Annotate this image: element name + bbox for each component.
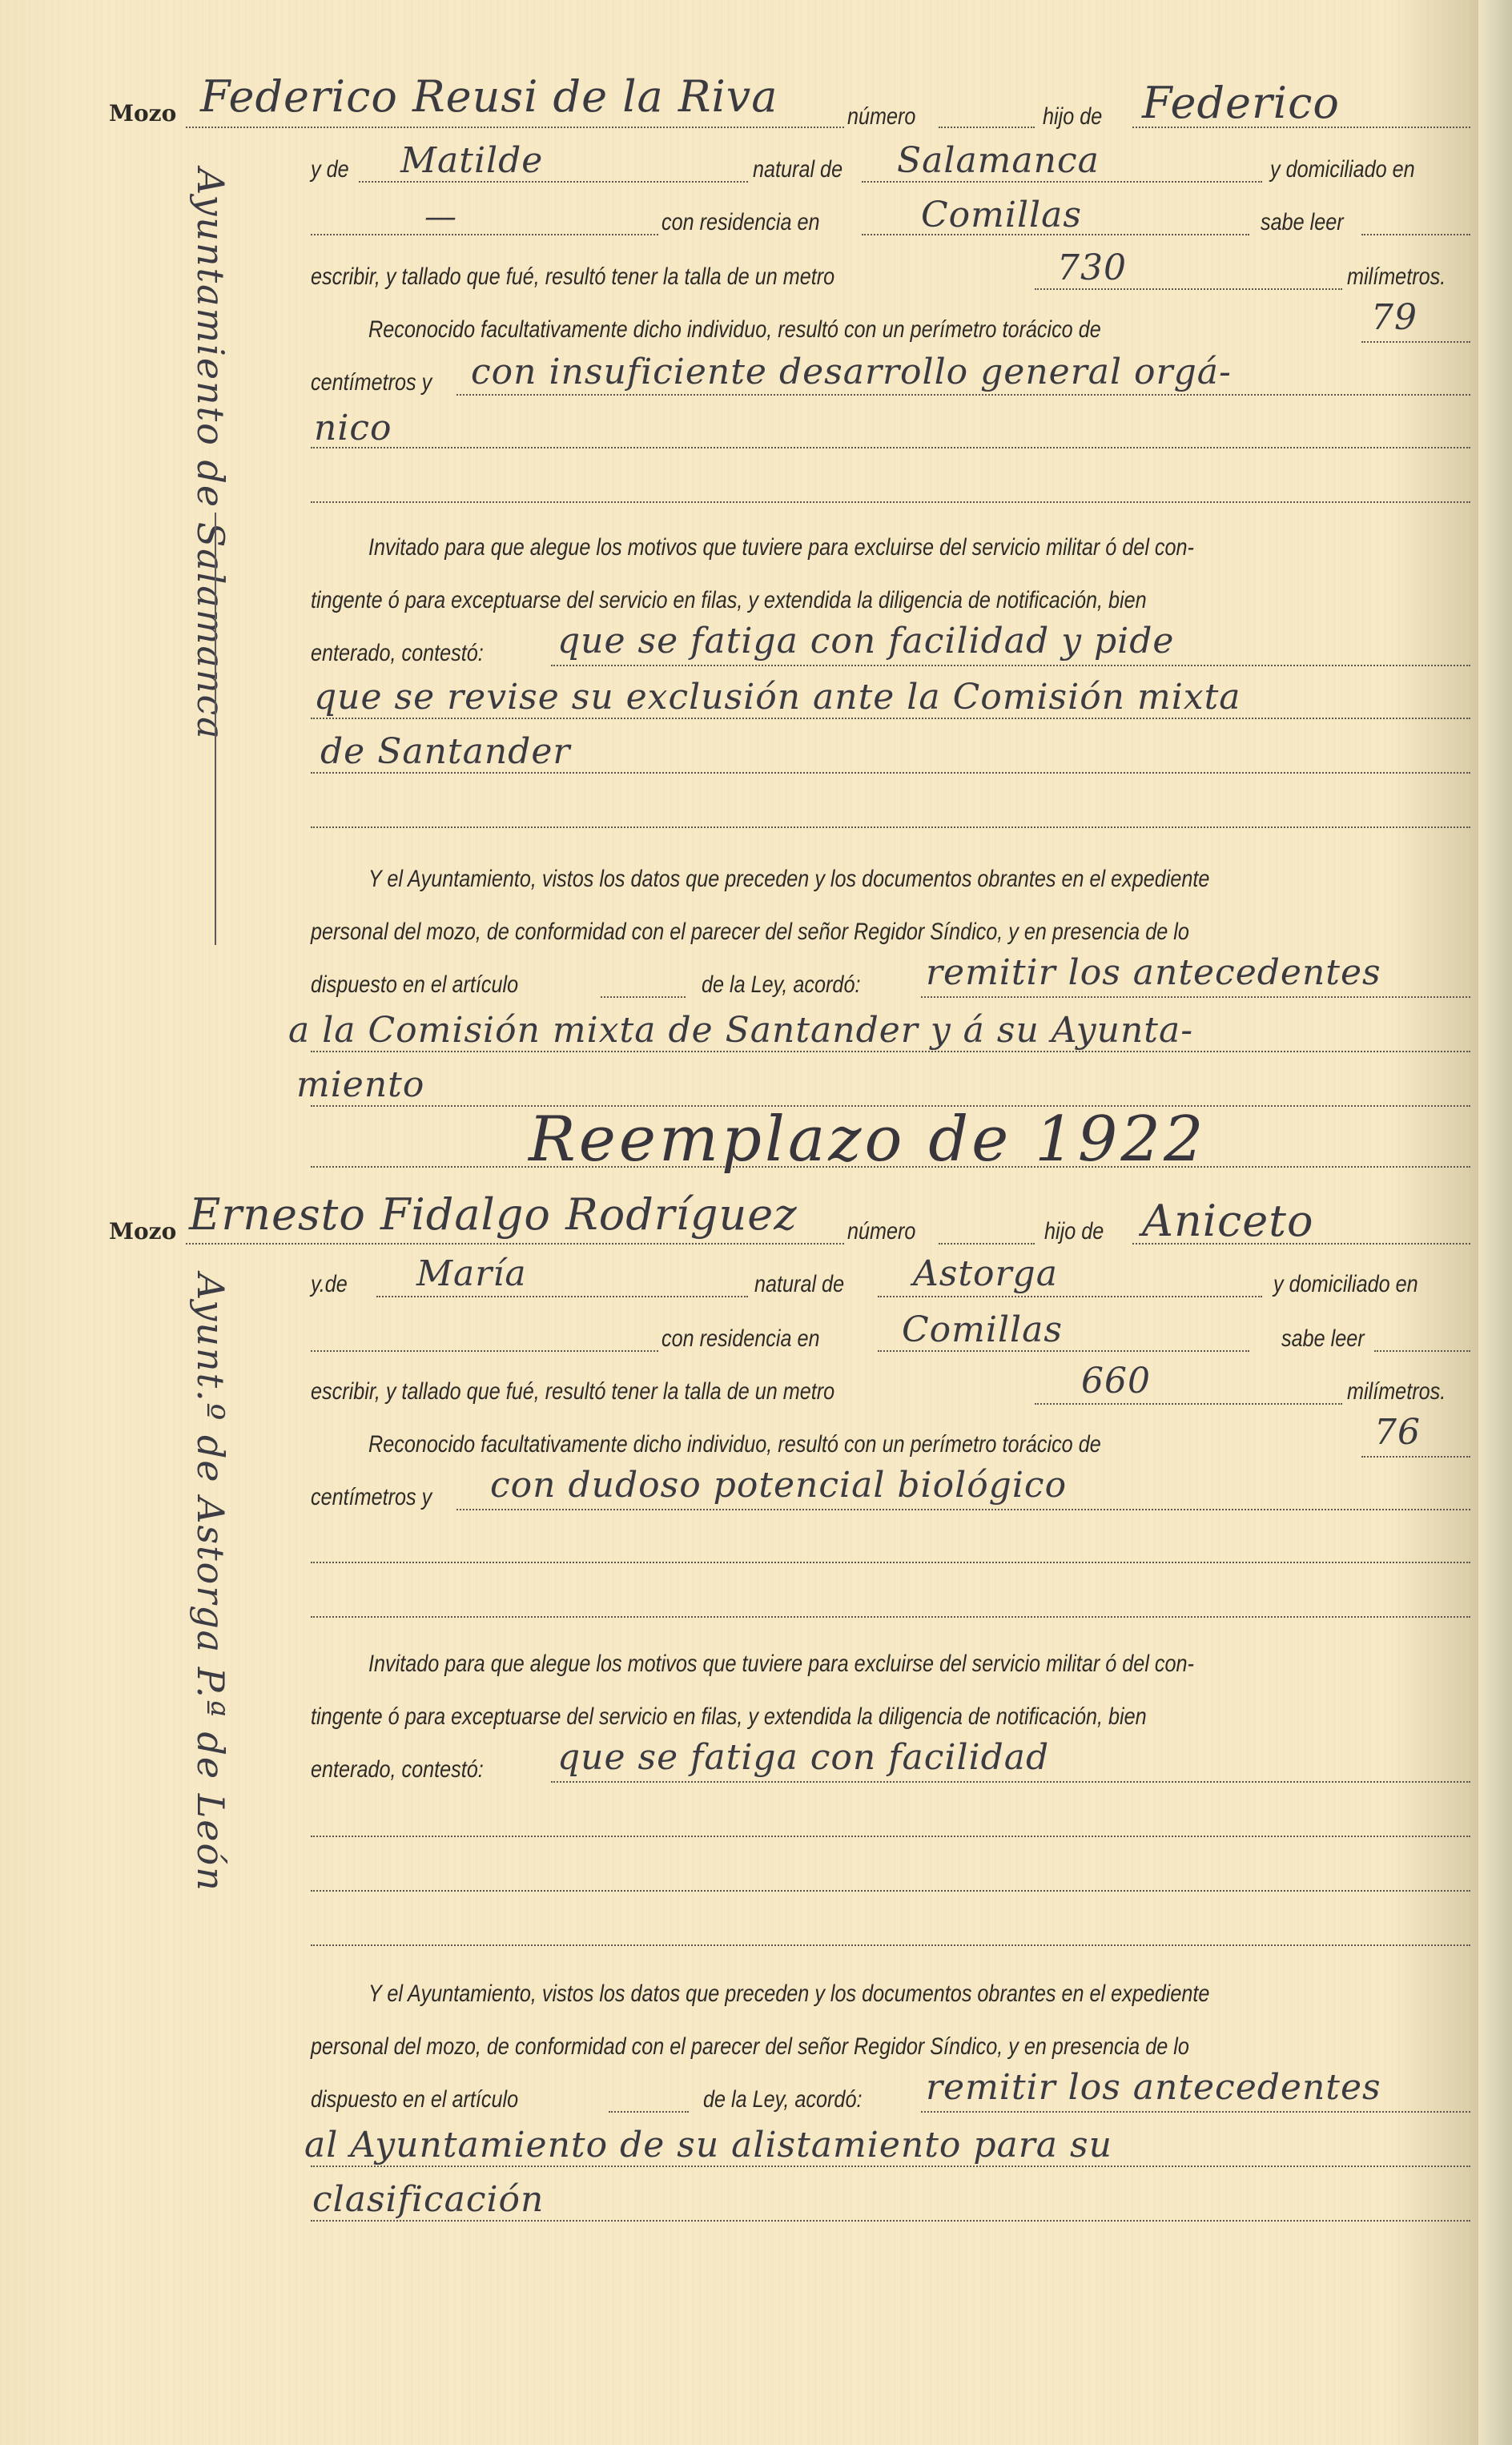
invitado-line-2: tingente ó para exceptuarse del servicio…	[311, 1701, 1147, 1733]
articulo-label: dispuesto en el artículo	[311, 2084, 518, 2116]
decision-dotted-line-2	[311, 1051, 1470, 1052]
birthplace-dotted-line	[878, 1296, 1262, 1297]
decision-line-1: remitir los antecedentes	[926, 2068, 1381, 2108]
answer-line-1: que se fatiga con facilidad	[557, 1738, 1049, 1778]
contesto-label: enterado, contestó:	[311, 637, 484, 670]
mother-name: María	[416, 1254, 527, 1294]
residencia-label: con residencia en	[661, 207, 820, 239]
domicilio-value: —	[424, 197, 457, 237]
height-dotted-line	[1035, 1403, 1342, 1405]
natural-de-label: natural de	[754, 1269, 844, 1301]
domicilio-dotted-line	[311, 234, 658, 235]
decision-dotted-line-2	[311, 2166, 1470, 2167]
height-dotted-line	[1035, 288, 1342, 290]
y-de-label: y de	[311, 154, 349, 186]
articulo-dotted-line	[609, 2111, 689, 2113]
reemplazo-heading: Reemplazo de 1922	[529, 1104, 1207, 1176]
decision-line-2: al Ayuntamiento de su alistamiento para …	[304, 2125, 1112, 2166]
birthplace: Astorga	[913, 1254, 1058, 1294]
answer-dotted-line-2	[311, 718, 1470, 719]
decision-dotted-line-1	[921, 2111, 1470, 2113]
sabe-leer-dotted-line	[1374, 1350, 1470, 1352]
condition-dotted-line-2	[311, 1562, 1470, 1563]
numero-dotted-line	[939, 127, 1035, 128]
chest-dotted-line	[1361, 1456, 1470, 1458]
sabe-leer-label: sabe leer	[1261, 207, 1344, 239]
answer-line-2: que se revise su exclusión ante la Comis…	[314, 678, 1241, 718]
numero-label: número	[847, 1216, 915, 1248]
decision-dotted-line-3	[311, 2220, 1470, 2222]
decision-dotted-line-1	[921, 996, 1470, 998]
reconocido-label: Reconocido facultativamente dicho indivi…	[368, 1429, 1101, 1461]
height-mm: 660	[1081, 1361, 1151, 1401]
condition-dotted-line-3	[311, 501, 1470, 503]
articulo-dotted-line	[601, 996, 686, 998]
centimetros-label: centímetros y	[311, 367, 432, 399]
ayuntamiento-line-2: personal del mozo, de conformidad con el…	[311, 2031, 1189, 2063]
height-mm: 730	[1057, 248, 1127, 288]
mother-name: Matilde	[400, 141, 543, 181]
answer-dotted-line-4	[311, 1944, 1470, 1946]
reconocido-label: Reconocido facultativamente dicho indivi…	[368, 314, 1101, 346]
birthplace: Salamanca	[897, 141, 1100, 181]
condition-dotted-line-1	[456, 394, 1470, 396]
domiciliado-label: y domiciliado en	[1273, 1269, 1418, 1301]
ayuntamiento-line-1: Y el Ayuntamiento, vistos los datos que …	[368, 863, 1209, 895]
sabe-leer-label: sabe leer	[1281, 1323, 1365, 1355]
mother-dotted-line	[376, 1296, 748, 1297]
margin-bracket-1	[215, 513, 216, 945]
decision-line-3: miento	[296, 1065, 424, 1105]
name-dotted-line	[186, 127, 844, 128]
father-name: Federico	[1142, 83, 1340, 123]
condition-line-1: con dudoso potencial biológico	[490, 1466, 1067, 1506]
answer-dotted-line-3	[311, 1890, 1470, 1892]
talla-label: escribir, y tallado que fué, resultó ten…	[311, 1376, 834, 1408]
invitado-line-1: Invitado para que alegue los motivos que…	[368, 1648, 1194, 1680]
mozo-label: Mozo	[109, 98, 176, 130]
milimetros-label: milímetros.	[1347, 1376, 1446, 1408]
chest-dotted-line	[1361, 341, 1470, 343]
invitado-line-1: Invitado para que alegue los motivos que…	[368, 532, 1194, 564]
margin-note-2: Ayunt.º de Astorga P.ª de León	[189, 1273, 232, 1892]
talla-label: escribir, y tallado que fué, resultó ten…	[311, 261, 834, 293]
invitado-line-2: tingente ó para exceptuarse del servicio…	[311, 585, 1147, 617]
name-dotted-line	[186, 1243, 844, 1245]
ayuntamiento-line-2: personal del mozo, de conformidad con el…	[311, 916, 1189, 948]
answer-dotted-line-1	[551, 1781, 1470, 1783]
condition-line-1: con insuficiente desarrollo general orgá…	[471, 352, 1232, 392]
chest-cm: 79	[1371, 298, 1417, 338]
answer-dotted-line-3	[311, 772, 1470, 774]
ley-label: de la Ley, acordó:	[703, 2084, 862, 2116]
sabe-leer-dotted-line	[1361, 234, 1470, 235]
answer-line-3: de Santander	[320, 732, 570, 772]
decision-line-3: clasificación	[312, 2180, 544, 2220]
numero-dotted-line	[939, 1243, 1035, 1245]
answer-line-1: que se fatiga con facilidad y pide	[557, 621, 1174, 662]
numero-label: número	[847, 101, 915, 133]
residencia-label: con residencia en	[661, 1323, 820, 1355]
residence: Comillas	[921, 195, 1082, 235]
residence: Comillas	[902, 1310, 1063, 1350]
y-de-label: y.de	[311, 1269, 348, 1301]
page-edge-shadow	[1478, 0, 1512, 2445]
ayuntamiento-line-1: Y el Ayuntamiento, vistos los datos que …	[368, 1978, 1209, 2010]
margin-note-1: Ayuntamiento de Salamanca	[189, 168, 232, 741]
ley-label: de la Ley, acordó:	[702, 969, 860, 1001]
natural-de-label: natural de	[753, 154, 842, 186]
answer-dotted-line-1	[551, 665, 1470, 666]
contesto-label: enterado, contestó:	[311, 1754, 484, 1786]
chest-cm: 76	[1374, 1413, 1421, 1453]
mozo-label: Mozo	[109, 1216, 176, 1248]
centimetros-label: centímetros y	[311, 1482, 432, 1514]
condition-line-2: nico	[314, 408, 392, 448]
decision-line-2: a la Comisión mixta de Santander y á su …	[288, 1011, 1193, 1051]
mozo-name: Ernesto Fidalgo Rodríguez	[189, 1195, 798, 1235]
articulo-label: dispuesto en el artículo	[311, 969, 518, 1001]
milimetros-label: milímetros.	[1347, 261, 1446, 293]
condition-dotted-line-1	[456, 1509, 1470, 1510]
residence-dotted-line	[878, 1350, 1249, 1352]
mozo-name: Federico Reusi de la Riva	[200, 77, 778, 117]
mother-dotted-line	[359, 181, 748, 183]
birthplace-dotted-line	[862, 181, 1262, 183]
domicilio-dotted-line	[311, 1350, 658, 1352]
decision-line-1: remitir los antecedentes	[926, 953, 1381, 993]
hijo-de-label: hijo de	[1043, 101, 1102, 133]
domiciliado-label: y domiciliado en	[1270, 154, 1415, 186]
hijo-de-label: hijo de	[1044, 1216, 1104, 1248]
father-name: Aniceto	[1142, 1201, 1313, 1241]
answer-dotted-line-4	[311, 826, 1470, 828]
condition-dotted-line-3	[311, 1616, 1470, 1618]
answer-dotted-line-2	[311, 1836, 1470, 1837]
condition-dotted-line-2	[311, 447, 1470, 448]
